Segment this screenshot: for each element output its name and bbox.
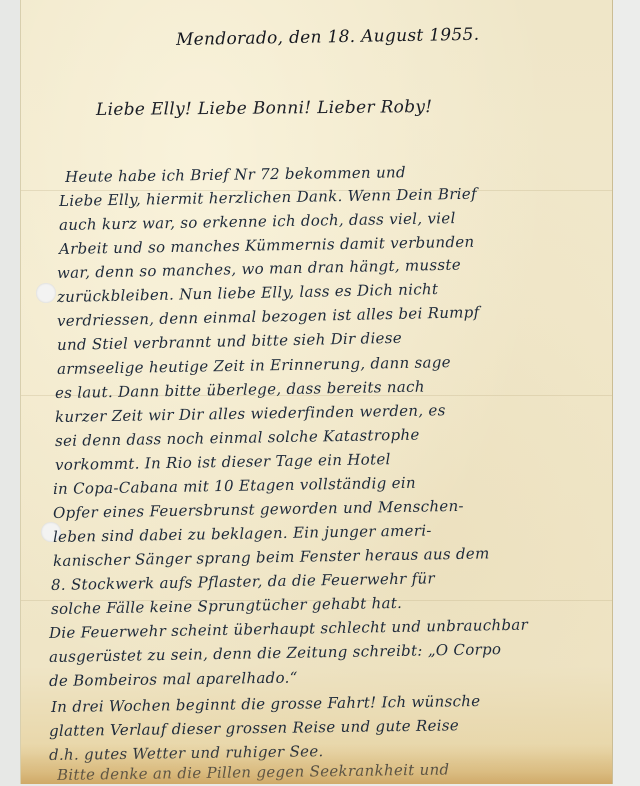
body-line: In drei Wochen beginnt die grosse Fahrt!… (51, 692, 481, 716)
body-line: d.h. gutes Wetter und ruhiger See. (49, 742, 324, 764)
body-line: vorkommt. In Rio ist dieser Tage ein Hot… (55, 450, 391, 474)
body-line: und Stiel verbrannt und bitte sieh Dir d… (57, 329, 402, 354)
body-line: auch kurz war, so erkenne ich doch, dass… (59, 209, 456, 234)
body-line: ausgerüstet zu sein, denn die Zeitung sc… (49, 640, 502, 666)
body-line: Bitte denke an die Pillen gegen Seekrank… (57, 761, 450, 784)
body-line: Heute habe ich Brief Nr 72 bekommen und (65, 163, 406, 186)
body-line: kanischer Sänger sprang beim Fenster her… (53, 544, 490, 570)
body-line: Arbeit und so manches Kümmernis damit ve… (59, 233, 475, 258)
body-line: war, denn so manches, wo man dran hängt,… (57, 256, 461, 282)
letter-salutation: Liebe Elly! Liebe Bonni! Lieber Roby! (96, 97, 433, 120)
body-line: solche Fälle keine Sprungtücher gehabt h… (51, 594, 402, 618)
body-line: sei denn dass noch einmal solche Katastr… (55, 426, 420, 450)
body-line: glatten Verlauf dieser grossen Reise und… (49, 716, 459, 740)
body-line: kurzer Zeit wir Dir alles wiederfinden w… (55, 401, 446, 426)
body-line: zurückbleiben. Nun liebe Elly, lass es D… (57, 280, 439, 306)
letter-dateline: Mendorado, den 18. August 1955. (176, 25, 480, 50)
punch-hole-top (36, 283, 56, 303)
body-line: 8. Stockwerk aufs Pflaster, da die Feuer… (51, 569, 435, 594)
body-line: es laut. Dann bitte überlege, dass berei… (55, 378, 425, 402)
body-line: Liebe Elly, hiermit herzlichen Dank. Wen… (59, 185, 477, 210)
letter-page: Mendorado, den 18. August 1955. Liebe El… (21, 0, 612, 784)
body-line: Die Feuerwehr scheint überhaupt schlecht… (49, 616, 528, 642)
body-line: leben sind dabei zu beklagen. Ein junger… (53, 521, 432, 546)
body-line: de Bombeiros mal aparelhado.“ (49, 669, 298, 690)
body-line: verdriessen, denn einmal bezogen ist all… (57, 303, 480, 330)
body-line: Opfer eines Feuersbrunst geworden und Me… (53, 497, 464, 522)
body-line: armseelige heutige Zeit in Erinnerung, d… (57, 353, 451, 378)
body-line: in Copa-Cabana mit 10 Etagen vollständig… (53, 474, 416, 498)
